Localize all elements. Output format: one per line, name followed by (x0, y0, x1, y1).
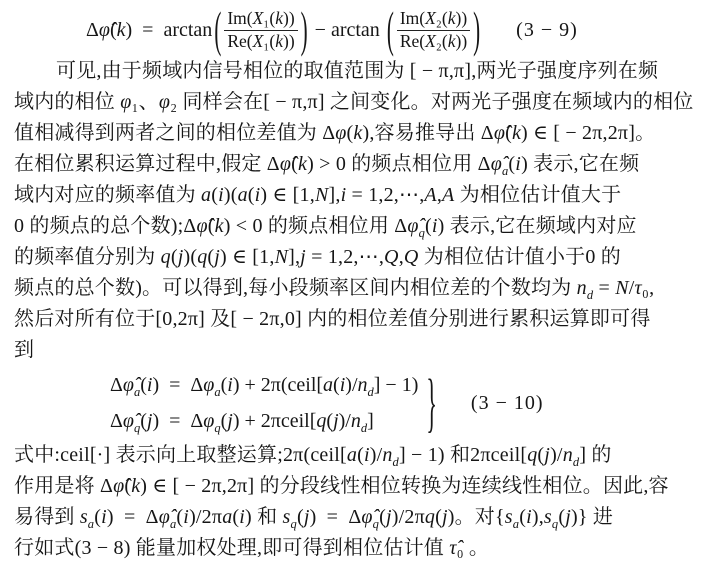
text-line: 作用是将 Δφ̂(k) ∈ [ − 2π,2π] 的分段线性相位转换为连续线性相… (14, 471, 690, 502)
equation-number: (3 − 9) (516, 19, 578, 42)
text-line: 的频率值分别为 q(j)(q(j) ∈ [1,N],j = 1,2,⋯,Q,Q … (14, 242, 690, 273)
equation-3-10-row-2: Δφ̂q(j) = Δφq(j) + 2πceil[q(j)/nd] (110, 403, 418, 439)
text-line: 到 (14, 335, 690, 366)
text-line: 值相减得到两者之间的相位差值为 Δφ(k),容易推导出 Δφ̂(k) ∈ [ −… (14, 118, 690, 149)
fraction-1-numerator: Im(X₁(k)) (224, 8, 297, 31)
big-paren-close: ) (473, 1, 480, 60)
equation-3-9-middle: − arctan (315, 19, 380, 42)
document-page: Δφ̂(k) = arctan ( Im(X₁(k)) Re(X₁(k)) ) … (0, 0, 704, 569)
text-line: 易得到 sa(i) = Δφ̂a(i)/2πa(i) 和 sq(j) = Δφ̂… (14, 502, 690, 533)
big-paren-open: ( (387, 1, 394, 60)
paragraph-1: 可见,由于频域内信号相位的取值范围为 [ − π,π],两光子强度序列在频 域内… (14, 56, 690, 366)
text-line: 在相位累积运算过程中,假定 Δφ̂(k) > 0 的频点相位用 Δφ̂a(i) … (14, 149, 690, 180)
fraction-1-denominator: Re(X₁(k)) (224, 31, 297, 53)
paragraph-2: 式中:ceil[·] 表示向上取整运算;2π(ceil[a(i)/nd] − 1… (14, 440, 690, 564)
big-paren-open: ( (214, 1, 221, 60)
text-line: 行如式(3 − 8) 能量加权处理,即可得到相位估计值 τ̂₀ 。 (14, 533, 690, 564)
big-brace-close: } (426, 364, 437, 442)
text-line: 然后对所有位于[0,2π] 及[ − 2π,0] 内的相位差值分别进行累积运算即… (14, 304, 690, 335)
text-line: 域内对应的频率值为 a(i)(a(i) ∈ [1,N],i = 1,2,⋯,A,… (14, 180, 690, 211)
equation-number: (3 − 10) (471, 392, 544, 415)
equation-3-9: Δφ̂(k) = arctan ( Im(X₁(k)) Re(X₁(k)) ) … (14, 4, 690, 56)
equation-3-10-system: Δφ̂a(i) = Δφa(i) + 2π(ceil[a(i)/nd] − 1)… (110, 367, 418, 439)
fraction-2-numerator: Im(X₂(k)) (397, 8, 470, 31)
fraction-2-denominator: Re(X₂(k)) (397, 31, 470, 53)
text-line: 可见,由于频域内信号相位的取值范围为 [ − π,π],两光子强度序列在频 (14, 56, 690, 87)
text-line: 频点的总个数)。可以得到,每小段频率区间内相位差的个数均为 nd = N/τ₀, (14, 273, 690, 304)
equation-3-10: Δφ̂a(i) = Δφa(i) + 2π(ceil[a(i)/nd] − 1)… (14, 366, 690, 440)
text-line: 0 的频点的总个数);Δφ̂(k) < 0 的频点相位用 Δφ̂q(i) 表示,… (14, 211, 690, 242)
text-line: 式中:ceil[·] 表示向上取整运算;2π(ceil[a(i)/nd] − 1… (14, 440, 690, 471)
fraction-1: Im(X₁(k)) Re(X₁(k)) (224, 8, 297, 53)
text-line: 域内的相位 φ₁、φ₂ 同样会在[ − π,π] 之间变化。对两光子强度在频域内… (14, 87, 690, 118)
big-paren-close: ) (301, 1, 308, 60)
equation-3-10-row-1: Δφ̂a(i) = Δφa(i) + 2π(ceil[a(i)/nd] − 1) (110, 367, 418, 403)
equation-3-9-lhs: Δφ̂(k) = arctan (86, 19, 212, 42)
fraction-2: Im(X₂(k)) Re(X₂(k)) (397, 8, 470, 53)
